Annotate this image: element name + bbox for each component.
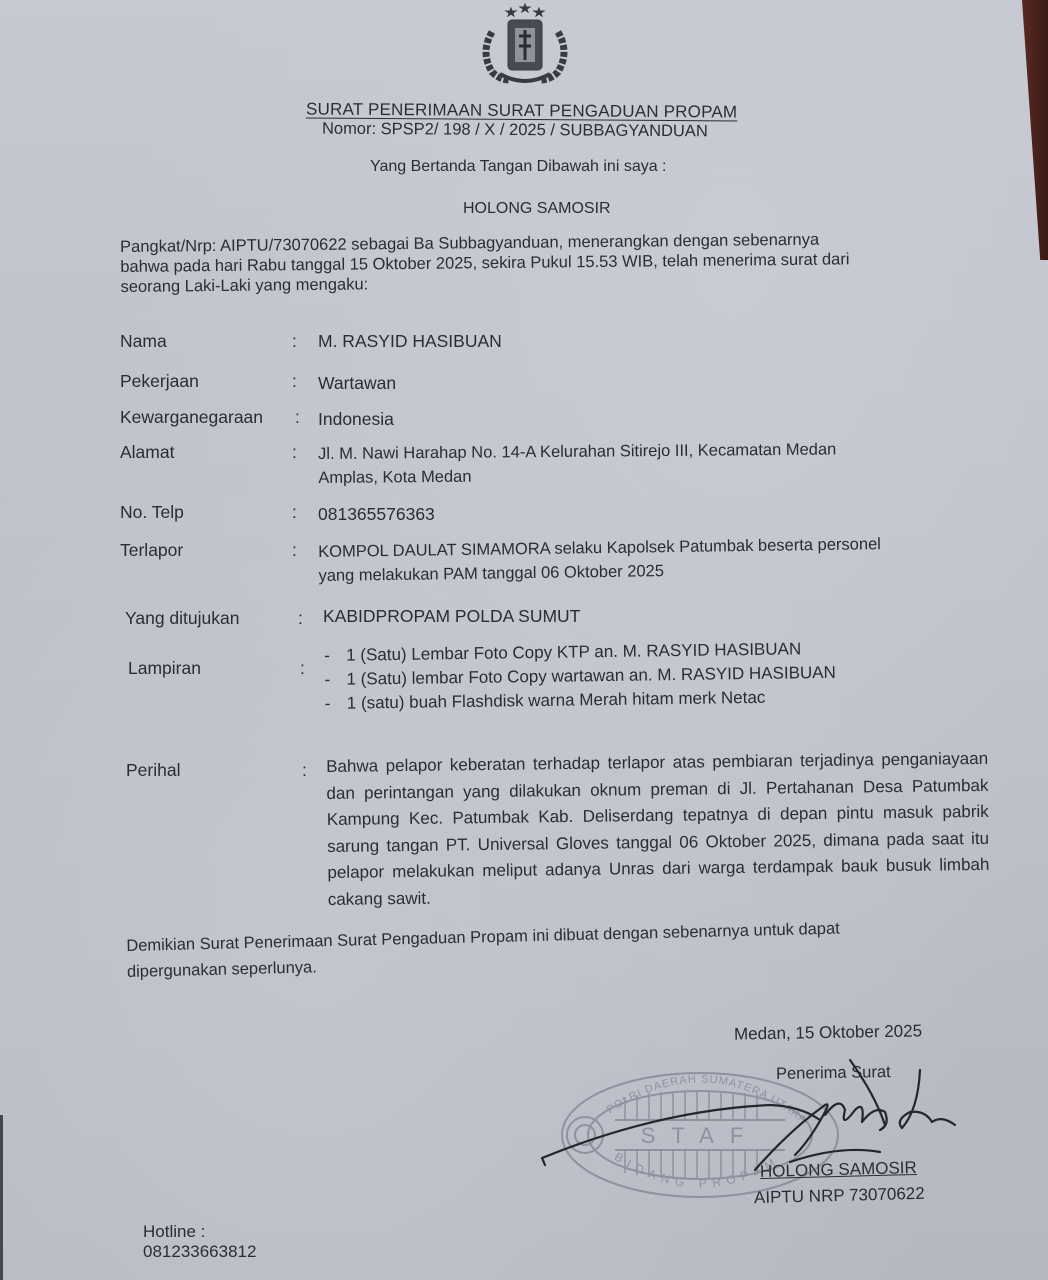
field-value: KOMPOL DAULAT SIMAMORA selaku Kapolsek P… — [318, 532, 881, 588]
field-colon: : — [292, 442, 297, 463]
signatory-name: HOLONG SAMOSIR — [463, 200, 611, 218]
signer-name: HOLONG SAMOSIR — [760, 1158, 917, 1182]
intro-text: Yang Bertanda Tangan Dibawah ini saya : — [370, 158, 667, 176]
field-label: No. Telp — [120, 502, 184, 523]
field-colon: : — [292, 502, 297, 523]
police-emblem-icon — [470, 2, 580, 86]
field-value: 081365576363 — [318, 502, 435, 526]
field-label: Alamat — [120, 442, 174, 463]
document-number: Nomor: SPSP2/ 198 / X / 2025 / SUBBAGYAN… — [322, 120, 708, 142]
field-value: M. RASYID HASIBUAN — [318, 329, 502, 353]
hotline-number: 081233663812 — [143, 1242, 256, 1262]
field-label: Yang ditujukan — [125, 608, 240, 629]
field-label: Pekerjaan — [120, 371, 199, 392]
field-value: Jl. M. Nawi Harahap No. 14-A Kelurahan S… — [318, 437, 837, 490]
place-date: Medan, 15 Oktober 2025 — [734, 1021, 922, 1044]
field-value: KABIDPROPAM POLDA SUMUT — [323, 604, 580, 628]
field-label: Perihal — [126, 760, 180, 781]
value-line: Amplas, Kota Medan — [318, 461, 836, 490]
field-value: Wartawan — [318, 371, 396, 395]
opening-paragraph: Pangkat/Nrp: AIPTU/73070622 sebagai Ba S… — [120, 229, 850, 297]
field-colon: : — [298, 608, 303, 629]
field-colon: : — [302, 760, 307, 781]
field-colon: : — [292, 331, 297, 352]
paper-shadow-edge — [0, 1115, 3, 1280]
field-label: Kewarganegaraan — [120, 407, 263, 428]
value-line: Jl. M. Nawi Harahap No. 14-A Kelurahan S… — [318, 437, 836, 466]
lampiran-list: 1 (Satu) Lembar Foto Copy KTP an. M. RAS… — [322, 637, 836, 716]
field-colon: : — [295, 407, 300, 428]
field-label: Nama — [120, 331, 167, 352]
field-value: Indonesia — [318, 407, 394, 431]
field-colon: : — [292, 540, 297, 561]
perihal-text: Bahwa pelapor keberatan terhadap terlapo… — [326, 746, 990, 913]
field-colon: : — [300, 658, 305, 679]
field-label: Lampiran — [128, 658, 201, 679]
hotline-label: Hotline : — [143, 1222, 205, 1242]
field-colon: : — [292, 371, 297, 392]
field-label: Terlapor — [120, 540, 183, 561]
